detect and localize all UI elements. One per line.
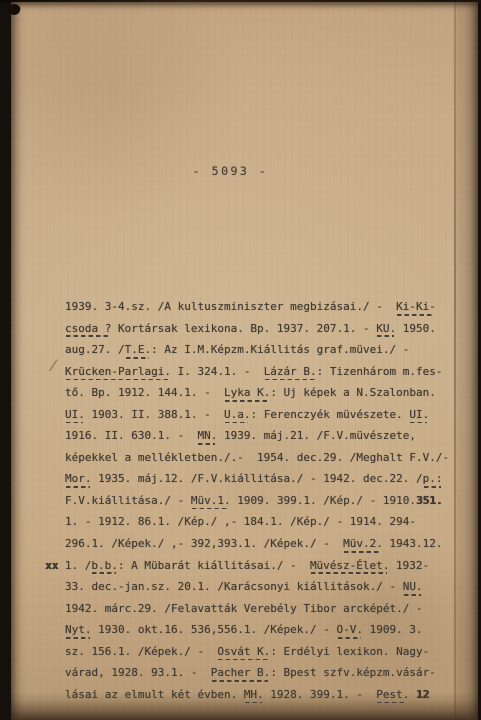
text-segment: 1909. 399.1. /Kép./ - 1910. bbox=[231, 494, 416, 507]
underlined-text: Müvész-Élet. bbox=[310, 559, 389, 572]
text-segment: lásai az elmult két évben. bbox=[65, 688, 244, 701]
text-segment: : Az I.M.Képzm.Kiállitás graf.müvei./ - bbox=[151, 343, 409, 356]
text-segment: 1928. 399.1. - bbox=[264, 688, 377, 701]
text-line: 1939. 3-4.sz. /A kultuszminiszter megbiz… bbox=[65, 296, 469, 318]
text-block: 1939. 3-4.sz. /A kultuszminiszter megbiz… bbox=[65, 296, 469, 705]
text-segment: 296.1. /Képek./ ,- 392,393.1. /Képek./ - bbox=[65, 537, 343, 550]
text-line: aug.27. /T.E.: Az I.M.Képzm.Kiállitás gr… bbox=[65, 339, 469, 361]
text-segment: xx bbox=[45, 559, 58, 572]
text-segment: : Ferenczyék müvészete. bbox=[250, 408, 409, 421]
text-segment: tő. Bp. 1912. 144.1. - bbox=[65, 386, 224, 399]
text-segment: Kortársak lexikona. Bp. 1937. 207.1. - bbox=[111, 322, 376, 335]
text-segment: : A Mübarát kiállitásai./ - bbox=[118, 559, 310, 572]
underlined-text: Lázár B. bbox=[264, 365, 317, 378]
text-segment: 12 bbox=[416, 688, 429, 701]
text-segment: : Bpest szfv.képzm.vásár- bbox=[270, 666, 436, 679]
text-segment: 1943.12. bbox=[383, 537, 443, 550]
text-segment: aug.27. / bbox=[65, 343, 125, 356]
text-segment: 1903. II. 388.1. - bbox=[85, 408, 224, 421]
text-segment: 1932- bbox=[389, 559, 429, 572]
text-segment: 1939. 3-4.sz. /A kultuszminiszter megbiz… bbox=[65, 300, 396, 313]
text-line: 1942. márc.29. /Felavatták Verebély Tibo… bbox=[65, 598, 469, 620]
text-segment: 1. - 1912. 86.1. /Kép./ ,- 184.1. /Kép./… bbox=[65, 515, 416, 528]
text-line: sz. 156.1. /Képek./ - Osvát K.: Erdélyi … bbox=[65, 641, 469, 663]
underlined-text: Müv.2. bbox=[343, 537, 383, 550]
underlined-text: MN. bbox=[197, 429, 217, 442]
underlined-text: T.E. bbox=[125, 343, 152, 356]
underlined-text: Krücken-Parlagi. bbox=[65, 365, 171, 378]
text-line: xx 1. /b.b.: A Mübarát kiállitásai./ - M… bbox=[65, 555, 469, 577]
underlined-text: Lyka K. bbox=[224, 386, 270, 399]
text-line: várad, 1928. 93.1. - Pacher B.: Bpest sz… bbox=[65, 662, 469, 684]
underlined-text: csoda ? bbox=[65, 322, 111, 335]
text-line: csoda ? Kortársak lexikona. Bp. 1937. 20… bbox=[65, 318, 469, 340]
underlined-text: Pacher B. bbox=[211, 666, 271, 679]
text-line: tő. Bp. 1912. 144.1. - Lyka K.: Uj képek… bbox=[65, 382, 469, 404]
text-line: képekkel a mellékletben./.- 1954. dec.29… bbox=[65, 447, 469, 469]
underlined-text: Mor. bbox=[65, 472, 92, 485]
text-line: Krücken-Parlagi. I. 324.1. - Lázár B.: T… bbox=[65, 361, 469, 383]
text-segment: képekkel a mellékletben./.- 1954. dec.29… bbox=[65, 451, 449, 464]
text-segment: 1909. 3. bbox=[363, 623, 423, 636]
underlined-text: Ki-Ki- bbox=[396, 300, 436, 313]
text-segment: 1939. máj.21. /F.V.müvészete, bbox=[217, 429, 416, 442]
text-line: F.V.kiállitása./ - Müv.1. 1909. 399.1. /… bbox=[65, 490, 469, 512]
underlined-text: U.a. bbox=[224, 408, 251, 421]
page-number: - 5093 - bbox=[0, 164, 471, 178]
scan-corner-blot bbox=[7, 2, 22, 16]
text-segment: 351. bbox=[416, 494, 443, 507]
text-segment: F.V.kiállitása./ - bbox=[65, 494, 191, 507]
text-line: Nyt. 1930. okt.16. 536,556.1. /Képek./ -… bbox=[65, 619, 469, 641]
text-segment: : Uj képek a N.Szalonban. bbox=[270, 386, 436, 399]
text-line: lásai az elmult két évben. MH. 1928. 399… bbox=[65, 684, 469, 706]
text-segment: 33. dec.-jan.sz. 20.1. /Karácsonyi kiáll… bbox=[65, 580, 403, 593]
underlined-text: Osvát K. bbox=[217, 645, 270, 658]
underlined-text: UI. bbox=[409, 408, 429, 421]
underlined-text: Nyt. bbox=[65, 623, 92, 636]
text-line: 1. - 1912. 86.1. /Kép./ ,- 184.1. /Kép./… bbox=[65, 511, 469, 533]
scanned-page-screenshot: { "page": { "number_label": "- 5093 -", … bbox=[0, 0, 481, 720]
text-segment: 1942. márc.29. /Felavatták Verebély Tibo… bbox=[65, 602, 423, 615]
underlined-text: KU. bbox=[376, 322, 396, 335]
underlined-text: NU. bbox=[403, 580, 423, 593]
underlined-text: MH. bbox=[244, 688, 264, 701]
underlined-text: Pest. bbox=[376, 688, 409, 701]
text-segment: sz. 156.1. /Képek./ - bbox=[65, 645, 217, 658]
text-segment: várad, 1928. 93.1. - bbox=[65, 666, 211, 679]
text-segment: : Erdélyi lexikon. Nagy- bbox=[270, 645, 429, 658]
text-segment: 1950. bbox=[396, 322, 436, 335]
underlined-text: Müv.1. bbox=[191, 494, 231, 507]
text-segment: I. 324.1. - bbox=[171, 365, 264, 378]
underlined-text: b.b. bbox=[91, 559, 118, 572]
underlined-text: UI. bbox=[65, 408, 85, 421]
text-line: 296.1. /Képek./ ,- 392,393.1. /Képek./ -… bbox=[65, 533, 469, 555]
text-line: Mor. 1935. máj.12. /F.V.kiállitása./ - 1… bbox=[65, 468, 469, 490]
text-line: 33. dec.-jan.sz. 20.1. /Karácsonyi kiáll… bbox=[65, 576, 469, 598]
text-segment: 1916. II. 630.1. - bbox=[65, 429, 197, 442]
text-segment: 1935. máj.12. /F.V.kiállitása./ - 1942. … bbox=[92, 472, 423, 485]
text-line: UI. 1903. II. 388.1. - U.a.: Ferenczyék … bbox=[65, 404, 469, 426]
underlined-text: p.: bbox=[423, 472, 443, 485]
text-segment: : Tizenhárom m.fes- bbox=[317, 365, 443, 378]
text-segment: 1930. okt.16. 536,556.1. /Képek./ - bbox=[92, 623, 337, 636]
underlined-text: O-V. bbox=[337, 623, 364, 636]
text-segment: 1. / bbox=[58, 559, 91, 572]
text-line: 1916. II. 630.1. - MN. 1939. máj.21. /F.… bbox=[65, 425, 469, 447]
